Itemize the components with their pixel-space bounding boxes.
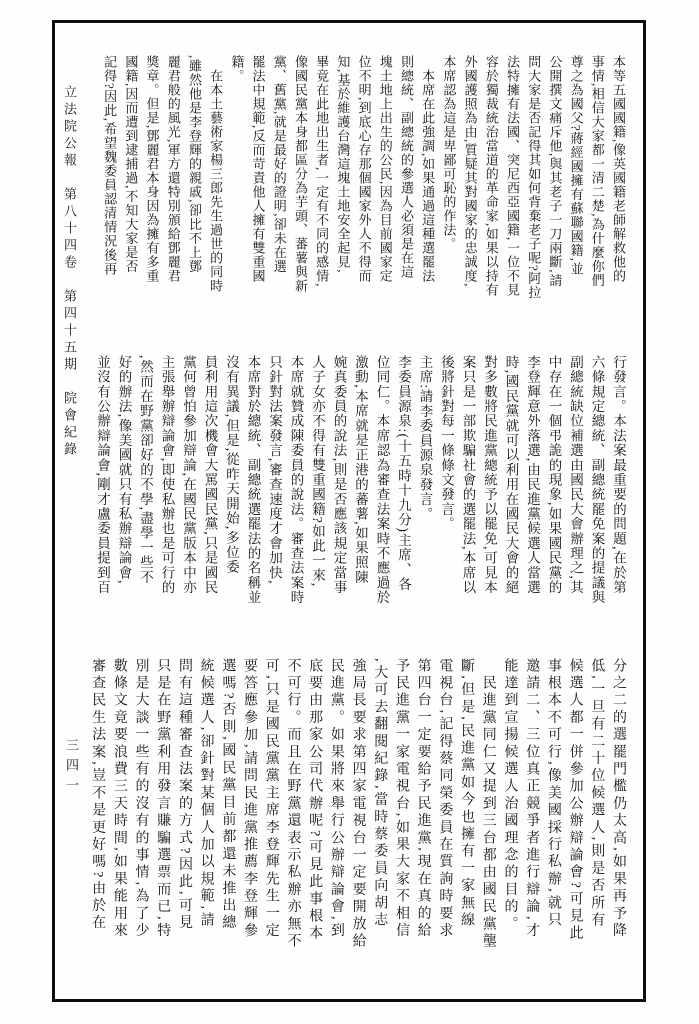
- page-border-frame: 立法院公報 第八十四卷 第四十五期 院會紀錄 三四一 本等五國國籍,像英國籍老師…: [52, 20, 646, 1002]
- text-column: 只是在野黨利用發言賺騙選票而已,特: [152, 658, 174, 972]
- text-column: 只針對法案發言,審查速度才會加快,: [264, 355, 286, 639]
- text-column: 中存在一個弔詭的現象,如果國民黨的: [543, 355, 565, 639]
- text-column: 六條規定總統、副總統罷免案的提議與: [586, 355, 608, 639]
- text-column: 員利用這次機會大罵國民黨,只是國民: [199, 355, 221, 639]
- text-column: 對多數將民進黨總統予以罷免,可見本: [479, 355, 501, 639]
- text-column: 底要由那家公司代辦呢?可見此事根本: [303, 658, 325, 972]
- text-column: 問大家是否記得其如何背棄老子呢?阿拉: [523, 55, 544, 323]
- text-column: 電視台,記得蔡同榮委員在質詢時要求: [434, 658, 456, 972]
- text-column: ,雖然他是李登輝的親戚,卻比不上鄧: [184, 55, 205, 323]
- text-column: 案只是一部欺騙社會的選罷法,本席以: [457, 355, 479, 639]
- text-column: 予民進黨一家電視台,如果大家不相信: [390, 658, 412, 972]
- text-register-middle: 行發言。本法案最重要的問題,在於第六條規定總統、副總統罷免案的提議與副總統缺位補…: [91, 355, 629, 639]
- text-column: 邀請二、三位真正競爭者進行辯論,才: [520, 658, 542, 972]
- text-column: 好的辦法,像美國就只有私辦辯論會,: [113, 355, 135, 639]
- text-column: 黨何曾怕參加辯論,在國民黨版本中亦: [178, 355, 200, 639]
- text-column: 激動,本席就是正港的蕃薯,如果照陳: [350, 355, 372, 639]
- text-column: 容於獨裁統治當道的革命家,如果以持有: [481, 55, 502, 323]
- text-column: ,然而在野黨卻好的不學,盡學一些不: [135, 355, 157, 639]
- gazette-margin-title: 立法院公報 第八十四卷 第四十五期 院會紀錄: [60, 85, 79, 525]
- text-column: 人子女亦不得有雙重國籍?如此一來,: [307, 355, 329, 639]
- text-column: 尊之為國父?蔣經國擁有蘇聯國籍,並: [565, 55, 586, 323]
- text-column: 在本土藝術家楊三郎先生過世的同時: [205, 55, 226, 323]
- text-column: 第四台一定要給予民進黨,現在真的給: [412, 658, 434, 972]
- text-column: 事根本不可行,像美國採行私辦,就只: [542, 658, 564, 972]
- text-column: 民進黨同仁又提到三台都由國民黨壟: [477, 658, 499, 972]
- text-column: 位同仁。本席認為審查法案時不應過於: [371, 355, 393, 639]
- text-column: 低,一旦有二十位候選人,則是否所有: [586, 658, 608, 972]
- text-column: 獎章。但是,鄧麗君本身因為擁有多重: [141, 55, 162, 323]
- text-column: 罷法中規範,反而苛責他人擁有雙重國: [247, 55, 268, 323]
- text-column: 時,國民黨就可以利用在國民大會的絕: [500, 355, 522, 639]
- text-column: 主張舉辦辯論會,即使私辦也是可行的: [156, 355, 178, 639]
- text-column: 強局長要求第四家電視台一定要開放給: [347, 658, 369, 972]
- text-column: 主席:請李委員源泉發言。: [414, 355, 436, 639]
- text-column: 後將針對每一條條文發言。: [436, 355, 458, 639]
- text-column: 斷,但是,民進黨如今也擁有一家無線: [455, 658, 477, 972]
- text-column: 塊土地上出生的公民,因為目前國家定: [375, 55, 396, 323]
- text-column: 別是大談一些有的沒有的事情,為了少: [130, 658, 152, 972]
- text-column: 並沒有公辦辯論會,剛才盧委員提到百: [92, 355, 114, 639]
- page-number: 三四一: [62, 738, 81, 828]
- text-column: 選嗎?否則,國民黨目前都還未推出總: [217, 658, 239, 972]
- text-column: 本席在此強調,如果通過這種選罷法: [417, 55, 438, 323]
- text-column: 民進黨。如果將來舉行公辦辯論會,到: [325, 658, 347, 972]
- text-column: 不可行。而且在野黨還表示私辦亦無不: [282, 658, 304, 972]
- text-column: 能達到宣揚候選人治國理念的目的。: [499, 658, 521, 972]
- text-column: 記得?因此,希望魏委員認清情況後再: [99, 55, 120, 323]
- text-column: 可,只是國民黨黨主席李登輝先生一定: [260, 658, 282, 972]
- text-column: 本席對於總統、副總統選罷法的名稱並: [242, 355, 264, 639]
- text-column: 事情,相信大家都一清二楚,為什麼你們: [587, 55, 608, 323]
- text-column: 副總統缺位補選由國民大會辦理之,其: [565, 355, 587, 639]
- text-column: 則總統、副總統的參選人必須是在這: [396, 55, 417, 323]
- text-column: 問有這種審查法案的方式?因此,可見: [173, 658, 195, 972]
- text-column: 黨、舊黨,就是最好的證明,卻未在選: [269, 55, 290, 323]
- text-column: ,大可去翻閱紀錄,當時蔡委員向胡志: [369, 658, 391, 972]
- text-column: 籍。: [226, 55, 247, 323]
- text-column: 本席認為這是卑鄙可恥的作法。: [438, 55, 459, 323]
- text-column: 外國護照為由,質疑其對國家的忠誠度,: [459, 55, 480, 323]
- text-column: 知,基於維護台灣這塊土地安全起見,: [332, 55, 353, 323]
- text-column: 統候選人,卻針對某個人加以規範,請: [195, 658, 217, 972]
- text-column: 沒有異議,但是,從昨天開始,多位委: [221, 355, 243, 639]
- text-column: 畢竟在此地出生者,一定有不同的感情,: [311, 55, 332, 323]
- text-column: 李委員源泉:(十五時十九分)主席、各: [393, 355, 415, 639]
- text-column: 要答應參加,請問民進黨推薦李登輝參: [238, 658, 260, 972]
- text-column: 本等五國國籍,像英國籍老師解救他的: [608, 55, 629, 323]
- text-column: 數條文竟要浪費三天時間,如果能用來: [108, 658, 130, 972]
- text-column: 位不明,到底心存那個國家外人不得而: [353, 55, 374, 323]
- text-column: 像國民黨本身都區分為芋頭、蕃薯與新: [290, 55, 311, 323]
- text-column: 審查民生法案,豈不是更好嗎?由於在: [86, 658, 108, 972]
- text-column: 李登輝意外落選,由民進黨候選人當選: [522, 355, 544, 639]
- text-column: 本席就贊成陳委員的說法。審查法案時: [285, 355, 307, 639]
- text-column: 分之二的選罷門檻仍太高,如果再予降: [607, 658, 629, 972]
- text-column: 婉真委員的說法,則是否應該規定當事: [328, 355, 350, 639]
- text-column: 候選人都一併參加公辦辯論會?可見此: [564, 658, 586, 972]
- text-column: 行發言。本法案最重要的問題,在於第: [608, 355, 630, 639]
- text-register-bottom: 分之二的選罷門檻仍太高,如果再予降低,一旦有二十位候選人,則是否所有候選人都一併…: [91, 658, 629, 972]
- text-register-top: 本等五國國籍,像英國籍老師解救他的事情,相信大家都一清二楚,為什麼你們尊之為國父…: [91, 55, 629, 323]
- text-column: 國籍,因而遭到逮捕過,不知大家是否: [120, 55, 141, 323]
- text-column: 麗君般的風光,軍方還特別頒給鄧麗君: [163, 55, 184, 323]
- text-column: 法特擁有法國、突尼西亞國籍,一位不見: [502, 55, 523, 323]
- text-column: 公開撰文痛斥他,與其老子一刀兩斷,請: [544, 55, 565, 323]
